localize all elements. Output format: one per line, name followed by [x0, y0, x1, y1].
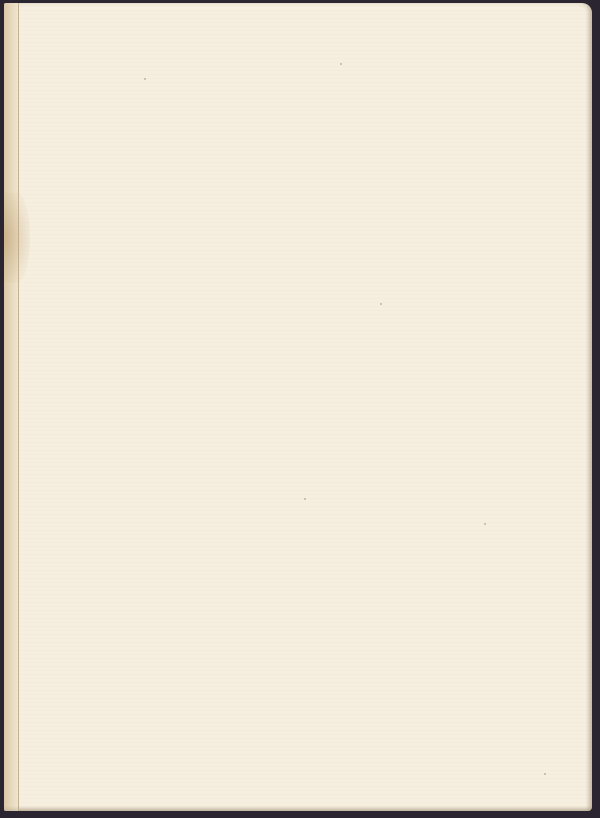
paper-speck	[340, 63, 342, 65]
paper-speck	[304, 498, 306, 500]
page-bottom-edge	[4, 806, 592, 811]
paper-speck	[544, 773, 546, 775]
page-gutter	[4, 3, 19, 811]
scan-background: ​ ​	[0, 0, 600, 818]
paper-speck	[380, 303, 382, 305]
water-stain	[4, 193, 30, 283]
paper-speck	[484, 523, 486, 525]
page-right-edge	[586, 3, 592, 811]
blank-page: ​ ​	[4, 3, 592, 811]
paper-speck	[144, 78, 146, 80]
